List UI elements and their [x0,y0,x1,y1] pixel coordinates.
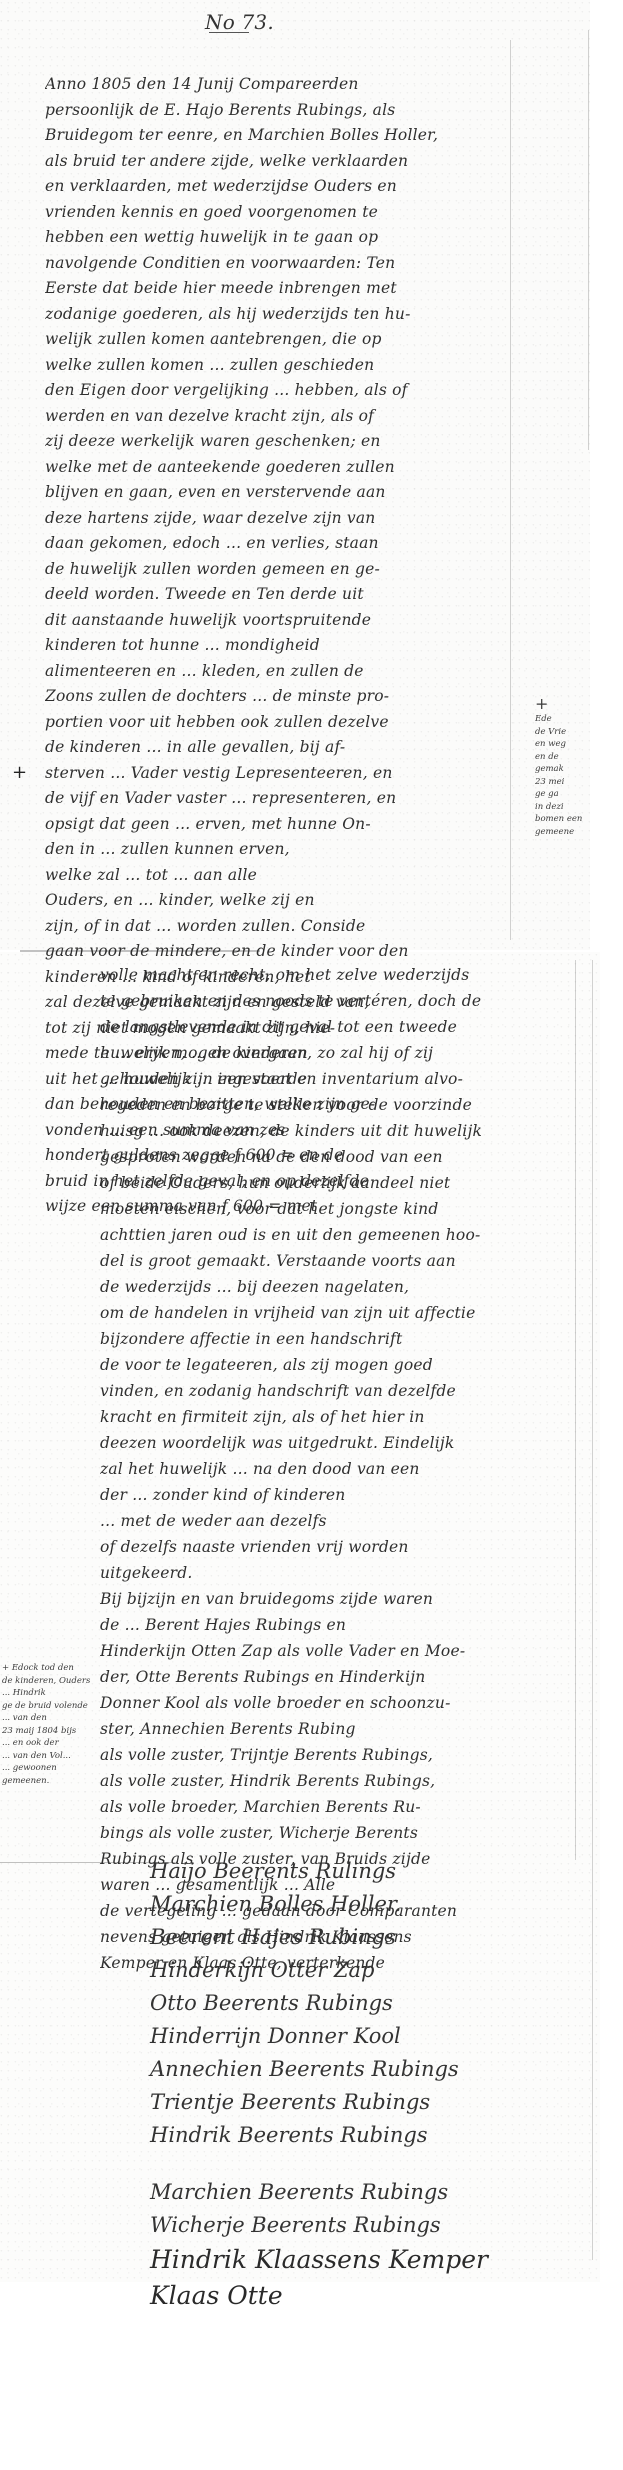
document-scan: No 73. Anno 1805 den 14 Junij Compareerd… [0,0,623,2470]
text-line: als bruid ter andere zijde, welke verkla… [45,149,485,175]
margin-note-line: ... van den [2,1712,122,1725]
signature: Klaas Otte [150,2278,488,2314]
text-line: opsigt dat geen ... erven, met hunne On- [45,812,485,838]
margin-note-line: 23 mei [535,776,623,789]
text-line: regeden en borge te stellen voor de voor… [100,1092,580,1118]
signature: Annechien Beerents Rubings [150,2053,488,2086]
text-line: kracht en firmiteit zijn, als of het hie… [100,1404,580,1430]
text-line: deeld worden. Tweede en Ten derde uit [45,582,485,608]
margin-note-line: ... Hindrik [2,1687,122,1700]
text-line: der, Otte Berents Rubings en Hinderkijn [100,1664,580,1690]
signature: Trientje Beerents Rubings [150,2086,488,2119]
text-line: als volle zuster, Hindrik Berents Rubing… [100,1768,580,1794]
text-line: de wederzijds ... bij deezen nagelaten, [100,1274,580,1300]
text-line: achttien jaren oud is en uit den gemeene… [100,1222,580,1248]
text-line: blijven en gaan, even en verstervende aa… [45,480,485,506]
margin-note-right: +Edede Vrieen wegen degemak23 meige gain… [535,695,623,838]
text-line: zodanige goederen, als hij wederzijds te… [45,302,485,328]
signature: Wicherje Beerents Rubings [150,2209,488,2242]
text-line: ster, Annechien Berents Rubing [100,1716,580,1742]
text-line: zij deeze werkelijk waren geschenken; en [45,429,485,455]
deed-body-part-2: volle macht en recht, om het zelve weder… [100,962,580,1976]
text-line: persoonlijk de E. Hajo Berents Rubings, … [45,98,485,124]
margin-cross-mark: + [12,762,27,783]
signature: Beerent Hajes Rubings [150,1921,488,1954]
margin-note-line: in dezi [535,801,623,814]
text-line: Donner Kool als volle broeder en schoonz… [100,1690,580,1716]
text-line: welke zullen komen ... zullen geschieden [45,353,485,379]
margin-note-line: ... van den Vol... [2,1750,122,1763]
text-line: Anno 1805 den 14 Junij Compareerden [45,72,485,98]
text-line: daan gekomen, edoch ... en verlies, staa… [45,531,485,557]
text-line: zal het huwelijk ... na den dood van een [100,1456,580,1482]
signature: Marchien Bolles Holler. [150,1888,488,1921]
text-line: werden en van dezelve kracht zijn, als o… [45,404,485,430]
margin-note-line: de Vrie [535,726,623,739]
text-line: gaan voor de mindere, en de kinder voor … [45,939,485,965]
margin-note-line: en weg [535,738,623,751]
text-line: te gebruiken en des noods te vertéren, d… [100,988,580,1014]
text-line: de huwelijk zullen worden gemeen en ge- [45,557,485,583]
text-line: vrienden kennis en goed voorgenomen te [45,200,485,226]
signature: Marchien Beerents Rubings [150,2176,488,2209]
margin-cross-mark: + [535,695,623,713]
signature: Hindrik Beerents Rubings [150,2119,488,2152]
text-line: Hinderkijn Otten Zap als volle Vader en … [100,1638,580,1664]
page-edge-line [592,960,593,2260]
text-line: gehouden zijn een staat en inventarium a… [100,1066,580,1092]
text-line: vinden, en zodanig handschrift van dezel… [100,1378,580,1404]
margin-note-line: + Edock tod den [2,1662,122,1675]
text-line: uitgekeerd. [100,1560,580,1586]
text-line: of dezelfs naaste vrienden vrij worden [100,1534,580,1560]
text-line: zijn, of in dat ... worden zullen. Consi… [45,914,485,940]
text-line: bijzondere affectie in een handschrift [100,1326,580,1352]
text-line: deezen woordelijk was uitgedrukt. Eindel… [100,1430,580,1456]
margin-note-line: ... en ook der [2,1737,122,1750]
page-edge-line [588,30,589,450]
text-line: de ... Berent Hajes Rubings en [100,1612,580,1638]
text-line: alimenteeren en ... kleden, en zullen de [45,659,485,685]
text-line: sterven ... Vader vestig Lepresenteeren,… [45,761,485,787]
signature: Hindrik Klaassens Kemper [150,2242,488,2278]
document-number: No 73. [205,10,274,33]
text-line: navolgende Conditien en voorwaarden: Ten [45,251,485,277]
signature: Haijo Beerents Rulings [150,1855,488,1888]
text-line: portien voor uit hebben ook zullen dezel… [45,710,485,736]
text-line: Eerste dat beide hier meede inbrengen me… [45,276,485,302]
margin-note-line: bomen een [535,813,623,826]
margin-note-line: gemeenen. [2,1775,122,1788]
text-line: deze hartens zijde, waar dezelve zijn va… [45,506,485,532]
text-line: gesproten worden na de den dood van een [100,1144,580,1170]
text-line: welke zal ... tot ... aan alle [45,863,485,889]
text-line: de langstlevende in dit geval tot een tw… [100,1014,580,1040]
text-line: Zoons zullen de dochters ... de minste p… [45,684,485,710]
signature: Hinderrijn Donner Kool [150,2020,488,2053]
margin-note-line: 23 maij 1804 bijs [2,1725,122,1738]
text-line: hebben een wettig huwelijk in te gaan op [45,225,485,251]
text-line: der ... zonder kind of kinderen [100,1482,580,1508]
text-line: als volle zuster, Trijntje Berents Rubin… [100,1742,580,1768]
text-line: volle macht en recht, om het zelve weder… [100,962,580,988]
text-line: del is groot gemaakt. Verstaande voorts … [100,1248,580,1274]
text-line: welijk zullen komen aantebrengen, die op [45,327,485,353]
text-line: de kinderen ... in alle gevallen, bij af… [45,735,485,761]
margin-note-line: ge ga [535,788,623,801]
text-line: Bruidegom ter eenre, en Marchien Bolles … [45,123,485,149]
margin-note-line: gemak [535,763,623,776]
document-number-text: No 73. [205,10,274,34]
text-line: als volle broeder, Marchien Berents Ru- [100,1794,580,1820]
text-line: en verklaarden, met wederzijdse Ouders e… [45,174,485,200]
text-line: Bij bijzijn en van bruidegoms zijde ware… [100,1586,580,1612]
text-line: welke met de aanteekende goederen zullen [45,455,485,481]
margin-note-line: ... gewoonen [2,1762,122,1775]
text-line: kinderen tot hunne ... mondigheid [45,633,485,659]
text-line: om de handelen in vrijheid van zijn uit … [100,1300,580,1326]
text-line: huwelijk mogen overgaan, zo zal hij of z… [100,1040,580,1066]
text-line: de vijf en Vader vaster ... representere… [45,786,485,812]
margin-note-line: de kinderen, Ouders [2,1675,122,1688]
margin-note-line: en de [535,751,623,764]
text-line: de voor te legateeren, als zij mogen goe… [100,1352,580,1378]
margin-note-line: Ede [535,713,623,726]
text-line: Ouders, en ... kinder, welke zij en [45,888,485,914]
margin-note-left: + Edock tod dende kinderen, Ouders... Hi… [2,1662,122,1787]
signature-block: Haijo Beerents RulingsMarchien Bolles Ho… [150,1855,488,2314]
text-line: of beide Ouders, hun ouderlijk aandeel n… [100,1170,580,1196]
signature: Hinderkijn Otter Zap [150,1954,488,1987]
text-line: dit aanstaande huwelijk voortspruitende [45,608,485,634]
text-line: bings als volle zuster, Wicherje Berents [100,1820,580,1846]
text-line: ... met de weder aan dezelfs [100,1508,580,1534]
text-line: den Eigen door vergelijking ... hebben, … [45,378,485,404]
margin-note-line: ge de bruid volende [2,1700,122,1713]
margin-note-line: gemeene [535,826,623,839]
page-edge-line [510,40,511,940]
signature: Otto Beerents Rubings [150,1987,488,2020]
text-line: huisg ... ook deezen, de kinders uit dit… [100,1118,580,1144]
text-line: den in ... zullen kunnen erven, [45,837,485,863]
text-line: moeten eischen, voor dat het jongste kin… [100,1196,580,1222]
